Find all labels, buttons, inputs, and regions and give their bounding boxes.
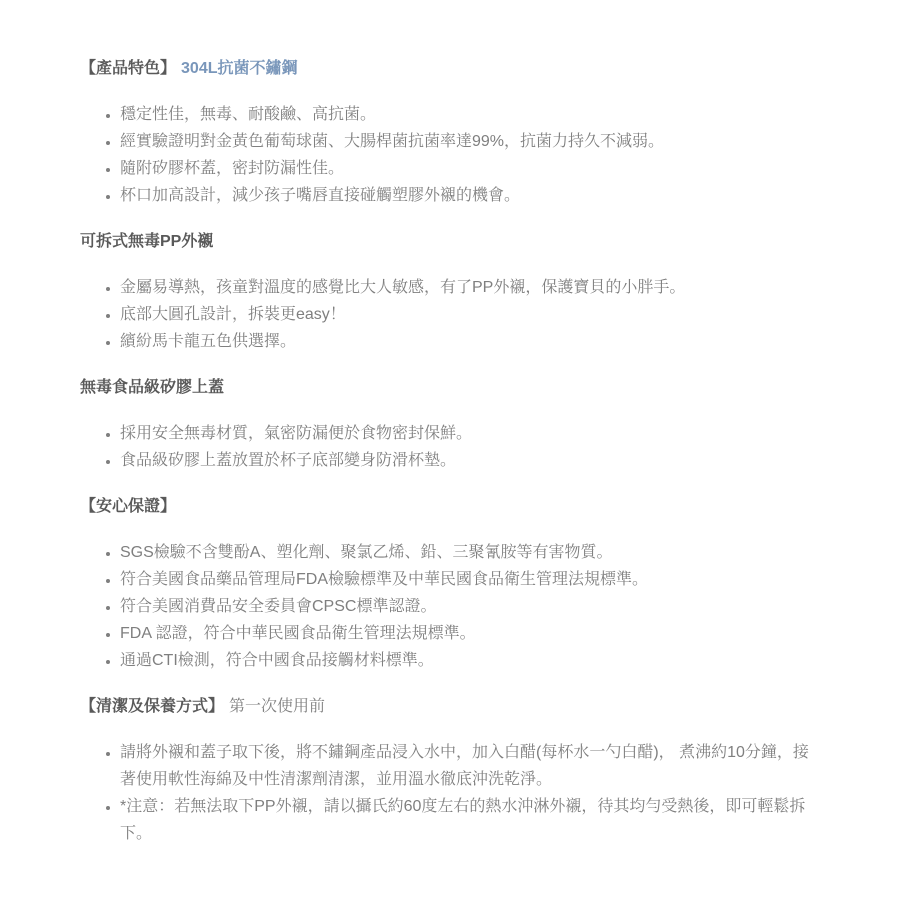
list-item: SGS檢驗不含雙酚A、塑化劑、聚氯乙烯、鉛、三聚氰胺等有害物質。: [120, 539, 816, 566]
heading-label: 無毒食品級矽膠上蓋: [80, 379, 224, 396]
list-item: 繽紛馬卡龍五色供選擇。: [120, 328, 816, 355]
section-pp-liner: 可拆式無毒PP外襯 金屬易導熱，孩童對溫度的感覺比大人敏感，有了PP外襯，保護寶…: [80, 231, 816, 355]
product-description-page: 【產品特色】304L抗菌不鏽鋼 穩定性佳，無毒、耐酸鹼、高抗菌。 經實驗證明對金…: [0, 0, 906, 847]
list-item: 經實驗證明對金黃色葡萄球菌、大腸桿菌抗菌率達99%，抗菌力持久不減弱。: [120, 128, 816, 155]
bullet-list: 請將外襯和蓋子取下後，將不鏽鋼產品浸入水中，加入白醋(每杯水一勺白醋)， 煮沸約…: [80, 739, 816, 847]
list-item: 符合美國食品藥品管理局FDA檢驗標準及中華民國食品衛生管理法規標準。: [120, 566, 816, 593]
list-item: 隨附矽膠杯蓋，密封防漏性佳。: [120, 155, 816, 182]
section-product-features: 【產品特色】304L抗菌不鏽鋼 穩定性佳，無毒、耐酸鹼、高抗菌。 經實驗證明對金…: [80, 58, 816, 209]
list-item: 底部大圓孔設計，拆裝更easy！: [120, 301, 816, 328]
list-item: *注意：若無法取下PP外襯，請以攝氏約60度左右的熱水沖淋外襯，待其均勻受熱後，…: [120, 793, 816, 847]
section-heading-safety-guarantee: 【安心保證】: [80, 496, 816, 518]
bullet-list: 金屬易導熱，孩童對溫度的感覺比大人敏感，有了PP外襯，保護寶貝的小胖手。 底部大…: [80, 274, 816, 355]
section-safety-guarantee: 【安心保證】 SGS檢驗不含雙酚A、塑化劑、聚氯乙烯、鉛、三聚氰胺等有害物質。 …: [80, 496, 816, 674]
bullet-list: 穩定性佳，無毒、耐酸鹼、高抗菌。 經實驗證明對金黃色葡萄球菌、大腸桿菌抗菌率達9…: [80, 101, 816, 209]
list-item: 通過CTI檢測，符合中國食品接觸材料標準。: [120, 647, 816, 674]
list-item: 金屬易導熱，孩童對溫度的感覺比大人敏感，有了PP外襯，保護寶貝的小胖手。: [120, 274, 816, 301]
section-heading-silicone-lid: 無毒食品級矽膠上蓋: [80, 377, 816, 399]
bullet-list: SGS檢驗不含雙酚A、塑化劑、聚氯乙烯、鉛、三聚氰胺等有害物質。 符合美國食品藥…: [80, 539, 816, 674]
section-silicone-lid: 無毒食品級矽膠上蓋 採用安全無毒材質，氣密防漏便於食物密封保鮮。 食品級矽膠上蓋…: [80, 377, 816, 474]
list-item: 採用安全無毒材質，氣密防漏便於食物密封保鮮。: [120, 420, 816, 447]
section-heading-pp-liner: 可拆式無毒PP外襯: [80, 231, 816, 253]
heading-subtitle-plain: 第一次使用前: [229, 698, 325, 715]
list-item: 穩定性佳，無毒、耐酸鹼、高抗菌。: [120, 101, 816, 128]
list-item: 請將外襯和蓋子取下後，將不鏽鋼產品浸入水中，加入白醋(每杯水一勺白醋)， 煮沸約…: [120, 739, 816, 793]
heading-label: 可拆式無毒PP外襯: [80, 233, 213, 250]
section-cleaning-care: 【清潔及保養方式】第一次使用前 請將外襯和蓋子取下後，將不鏽鋼產品浸入水中，加入…: [80, 696, 816, 847]
heading-label: 【安心保證】: [80, 498, 176, 515]
section-heading-product-features: 【產品特色】304L抗菌不鏽鋼: [80, 58, 816, 80]
list-item: 食品級矽膠上蓋放置於杯子底部變身防滑杯墊。: [120, 447, 816, 474]
heading-label: 【清潔及保養方式】: [80, 698, 224, 715]
bullet-list: 採用安全無毒材質，氣密防漏便於食物密封保鮮。 食品級矽膠上蓋放置於杯子底部變身防…: [80, 420, 816, 474]
heading-label: 【產品特色】: [80, 60, 176, 77]
list-item: 符合美國消費品安全委員會CPSC標準認證。: [120, 593, 816, 620]
section-heading-cleaning-care: 【清潔及保養方式】第一次使用前: [80, 696, 816, 718]
list-item: FDA 認證，符合中華民國食品衛生管理法規標準。: [120, 620, 816, 647]
heading-subtitle-blue: 304L抗菌不鏽鋼: [181, 60, 297, 77]
list-item: 杯口加高設計，減少孩子嘴唇直接碰觸塑膠外襯的機會。: [120, 182, 816, 209]
